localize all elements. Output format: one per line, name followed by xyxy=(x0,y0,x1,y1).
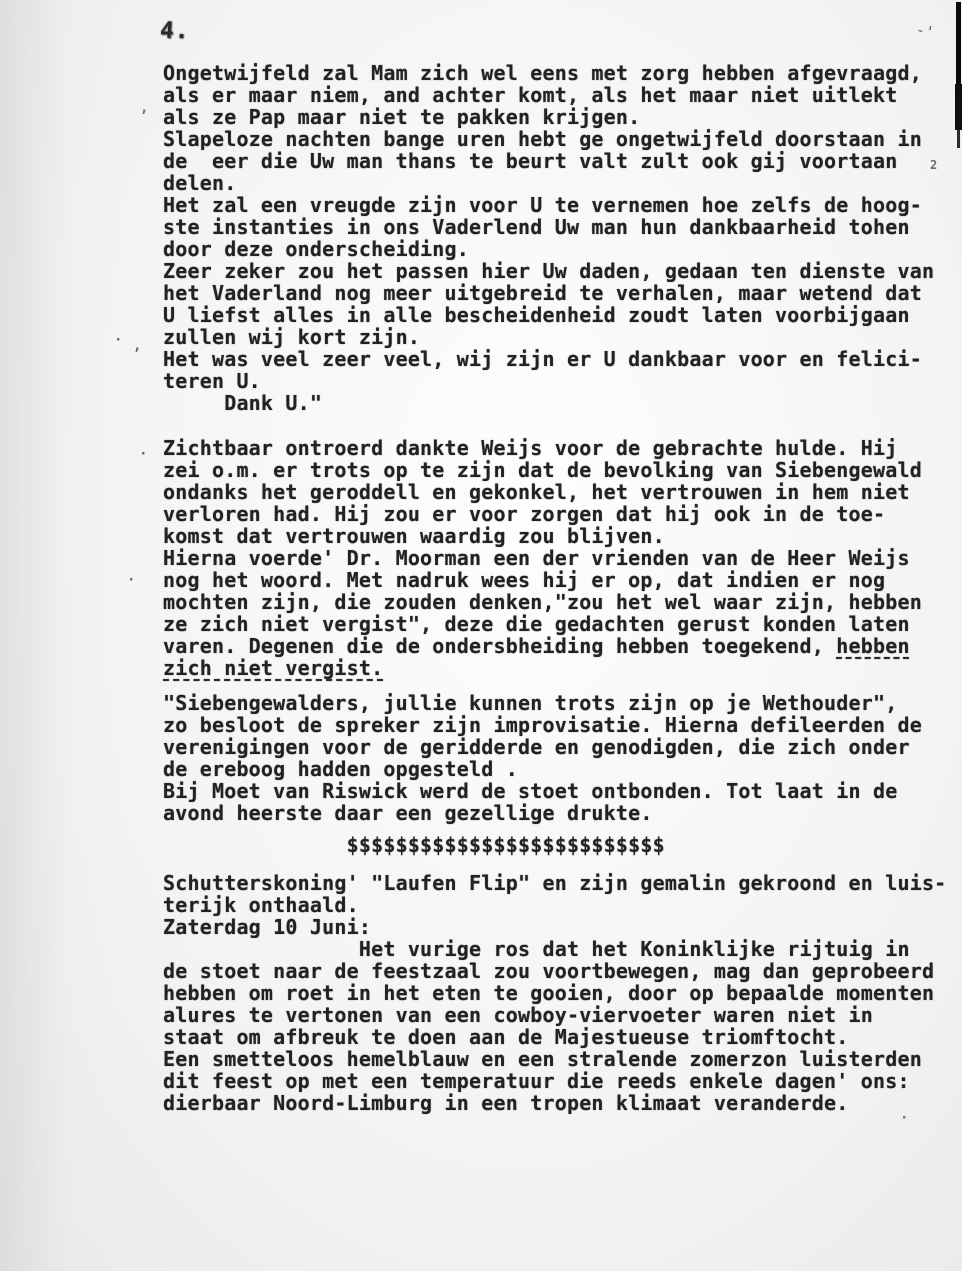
text-line: door deze onderscheiding. xyxy=(163,238,953,260)
text-line: het Vaderland nog meer uitgebreid te ver… xyxy=(163,282,953,304)
text-line: ste instanties in ons Vaderlend Uw man h… xyxy=(163,216,953,238)
page-number: 4. xyxy=(159,18,191,44)
ink-speck: · xyxy=(127,572,135,588)
text-line: Schutterskoning' "Laufen Flip" en zijn g… xyxy=(163,872,953,894)
text-line: ondanks het geroddell en gekonkel, het v… xyxy=(163,481,953,503)
text-line: Hierna voerde' Dr. Moorman een der vrien… xyxy=(163,547,953,569)
text-line: de stoet naar de feestzaal zou voortbewe… xyxy=(163,960,953,982)
text-line: als ze Pap maar niet te pakken krijgen. xyxy=(163,106,953,128)
text-line: mochten zijn, die zouden denken,"zou het… xyxy=(163,591,953,613)
text-line: hebben om roet in het eten te gooien, do… xyxy=(163,982,953,1004)
text-line: Bij Moet van Riswick werd de stoet ontbo… xyxy=(163,780,953,802)
text-line: als er maar niem, and achter komt, als h… xyxy=(163,84,953,106)
text-line: Zaterdag 10 Juni: xyxy=(163,916,953,938)
text-line: de ereboog hadden opgesteld . xyxy=(163,758,953,780)
text-line: Ongetwijfeld zal Mam zich wel eens met z… xyxy=(163,62,953,84)
ink-speck: , xyxy=(140,100,148,116)
ink-speck: · xyxy=(114,332,122,348)
text-line: komst dat vertrouwen waardig zou blijven… xyxy=(163,525,953,547)
text-line: teren U. xyxy=(163,370,953,392)
text-line: zich niet vergist. xyxy=(163,657,953,679)
text-line: verloren had. Hij zou er voor zorgen dat… xyxy=(163,503,953,525)
text-line: U liefst alles in alle bescheidenheid zo… xyxy=(163,304,953,326)
text-line: Het was veel zeer veel, wij zijn er U da… xyxy=(163,348,953,370)
text-line: zo besloot de spreker zijn improvisatie.… xyxy=(163,714,953,736)
text-line: varen. Degenen die de ondersbheiding heb… xyxy=(163,635,953,657)
corner-pencil-mark: -' xyxy=(914,20,935,41)
text-line: Dank U." xyxy=(163,392,953,414)
ink-speck: , xyxy=(133,338,141,354)
ink-speck: · xyxy=(900,1110,908,1126)
text-line: verenigingen voor de geridderde en genod… xyxy=(163,736,953,758)
text-line: nog het woord. Met nadruk wees hij er op… xyxy=(163,569,953,591)
text-line: staat om afbreuk te doen aan de Majestue… xyxy=(163,1026,953,1048)
text-line: Slapeloze nachten bange uren hebt ge ong… xyxy=(163,128,953,150)
text-line: dierbaar Noord-Limburg in een tropen kli… xyxy=(163,1092,953,1114)
text-body: Ongetwijfeld zal Mam zich wel eens met z… xyxy=(163,62,953,1114)
text-line: Het vurige ros dat het Koninklijke rijtu… xyxy=(163,938,953,960)
text-line: terijk onthaald. xyxy=(163,894,953,916)
dollar-separator: $$$$$$$$$$$$$$$$$$$$$$$$$$ xyxy=(163,834,953,856)
text-line: zei o.m. er trots op te zijn dat de bevo… xyxy=(163,459,953,481)
text-line: alures te vertonen van een cowboy-viervo… xyxy=(163,1004,953,1026)
text-line: delen. xyxy=(163,172,953,194)
text-line: ze zich niet vergist", deze die gedachte… xyxy=(163,613,953,635)
scanned-document-page: 4. -' Ongetwijfeld zal Mam zich wel eens… xyxy=(0,0,962,1271)
text-line: Zichtbaar ontroerd dankte Weijs voor de … xyxy=(163,437,953,459)
scan-artifact-bar xyxy=(957,130,960,148)
ink-speck: 2 xyxy=(930,158,937,172)
text-line: Een smetteloos hemelblauw en een stralen… xyxy=(163,1048,953,1070)
text-line: "Siebengewalders, jullie kunnen trots zi… xyxy=(163,692,953,714)
text-line: zullen wij kort zijn. xyxy=(163,326,953,348)
scan-artifact-bar xyxy=(956,2,961,84)
text-line: Zeer zeker zou het passen hier Uw daden,… xyxy=(163,260,953,282)
text-line: dit feest op met een temperatuur die ree… xyxy=(163,1070,953,1092)
scan-artifact-bar xyxy=(955,84,962,130)
ink-speck: · xyxy=(139,446,147,462)
text-line: de eer die Uw man thans te beurt valt zu… xyxy=(163,150,953,172)
scan-edge-shading xyxy=(0,0,115,1271)
text-line: avond heerste daar een gezellige drukte. xyxy=(163,802,953,824)
text-line: Het zal een vreugde zijn voor U te verne… xyxy=(163,194,953,216)
